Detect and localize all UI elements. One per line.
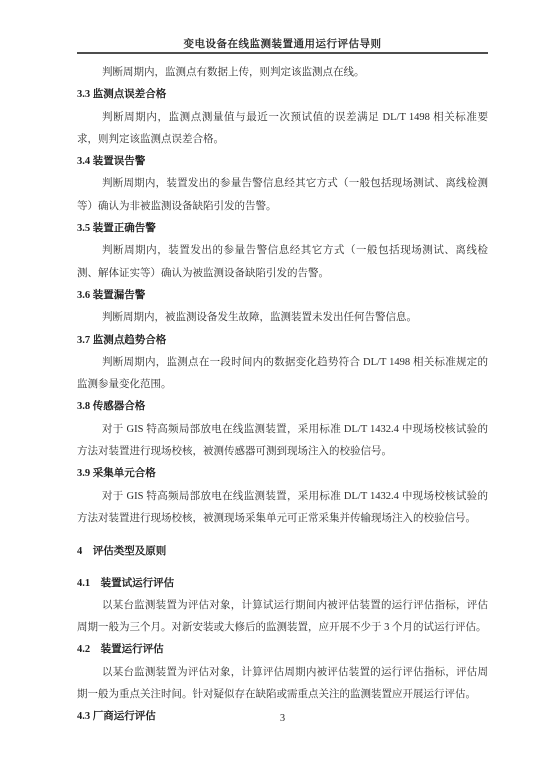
doc-heading: 3.4 装置误告警 — [77, 151, 488, 173]
doc-heading: 3.7 监测点趋势合格 — [77, 330, 488, 352]
page-number: 3 — [77, 713, 488, 724]
running-head-title: 变电设备在线监测装置通用运行评估导则 — [77, 36, 488, 51]
doc-paragraph: 对于 GIS 特高频局部放电在线监测装置，采用标准 DL/T 1432.4 中现… — [77, 486, 488, 531]
header-rule — [77, 52, 488, 54]
doc-chapter-heading: 4 评估类型及原则 — [77, 541, 488, 563]
doc-heading: 3.6 装置漏告警 — [77, 285, 488, 307]
doc-heading: 3.3 监测点误差合格 — [77, 84, 488, 106]
doc-paragraph: 判断周期内，装置发出的参量告警信息经其它方式（一般包括现场测试、离线检测等）确认… — [77, 173, 488, 218]
doc-heading: 3.5 装置正确告警 — [77, 218, 488, 240]
doc-paragraph: 判断周期内，监测点有数据上传，则判定该监测点在线。 — [77, 62, 488, 84]
doc-sub-heading: 4.2 装置运行评估 — [77, 639, 488, 661]
doc-paragraph: 判断周期内，装置发出的参量告警信息经其它方式（一般包括现场测试、离线检测、解体证… — [77, 240, 488, 285]
document-body: 判断周期内，监测点有数据上传，则判定该监测点在线。3.3 监测点误差合格判断周期… — [77, 62, 488, 729]
doc-paragraph: 以某台监测装置为评估对象，计算试运行期间内被评估装置的运行评估指标，评估周期一般… — [77, 595, 488, 640]
doc-paragraph: 对于 GIS 特高频局部放电在线监测装置，采用标准 DL/T 1432.4 中现… — [77, 419, 488, 464]
doc-paragraph: 判断周期内，监测点在一段时间内的数据变化趋势符合 DL/T 1498 相关标准规… — [77, 352, 488, 397]
doc-paragraph: 判断周期内，监测点测量值与最近一次预试值的误差满足 DL/T 1498 相关标准… — [77, 107, 488, 152]
doc-paragraph: 以某台监测装置为评估对象，计算评估周期内被评估装置的运行评估指标，评估周期一般为… — [77, 662, 488, 707]
doc-heading: 3.9 采集单元合格 — [77, 463, 488, 485]
document-page: 变电设备在线监测装置通用运行评估导则 判断周期内，监测点有数据上传，则判定该监测… — [0, 0, 554, 783]
doc-heading: 3.8 传感器合格 — [77, 396, 488, 418]
doc-sub-heading: 4.1 装置试运行评估 — [77, 573, 488, 595]
doc-paragraph: 判断周期内，被监测设备发生故障，监测装置未发出任何告警信息。 — [77, 307, 488, 329]
